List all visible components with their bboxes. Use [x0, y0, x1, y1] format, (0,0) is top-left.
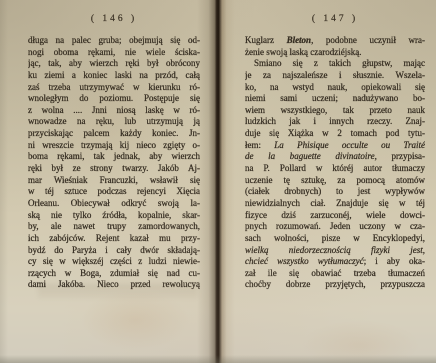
text-line: (ciałek drobnych) to jest wypływów — [245, 186, 425, 198]
text-line: długa na palec gruba; obejmują się od- — [28, 35, 200, 47]
text-segment: na P. Pollard w któréj autor tłumaczy — [245, 163, 425, 173]
text-line: ku ziemi a koniec laski na przód, całą — [28, 70, 200, 82]
text-line: cy się w większéj części z ludzi niewie- — [28, 256, 200, 268]
text-line: wiem wszystkiego, tak przeto nauk — [245, 105, 425, 117]
text-line: ni wreszcie trzymają kij nieco zgięty o- — [28, 140, 200, 152]
text-segment: niewidzialnych ciał. Znajduje się w téj — [245, 198, 425, 208]
text-segment: długa na palec gruba; obejmują się od- — [28, 35, 200, 45]
left-page-number: ( 146 ) — [28, 14, 200, 26]
text-line: de la baguette divinatoire, przypisa- — [245, 151, 425, 163]
text-segment: sach wolności, pisze w Encyklopedyi, — [245, 233, 425, 243]
text-segment: Kuglarz — [245, 35, 287, 45]
text-line: z wolna .... Jnni niosą laskę w ró- — [28, 105, 200, 117]
text-segment: boma rękami, tak jednak, aby wierzch — [28, 151, 200, 161]
text-segment: , podobne uczynił wra- — [311, 35, 425, 45]
text-segment: La Phisique occulte ou Traité — [274, 140, 425, 150]
text-line: fizyce dziś zarzuconéj, wiele dowci- — [245, 210, 425, 222]
paper-stain — [80, 290, 190, 350]
text-line: jąc, tak, aby wierzch ręki był obrócony — [28, 58, 200, 70]
book-gutter — [197, 0, 235, 363]
text-segment: ko, na wstyd nauk, opiekowali się — [245, 82, 425, 92]
text-line: żenie swoją laską czarodziéjską. — [245, 47, 425, 59]
text-line: ko, na wstyd nauk, opiekowali się — [245, 82, 425, 94]
text-segment: przyciskając palcem każdy koniec. Jn- — [28, 128, 200, 138]
text-line: przyciskając palcem każdy koniec. Jn- — [28, 128, 200, 140]
text-segment: duje się Xiążka w 2 tomach pod tytu- — [245, 128, 425, 138]
text-line: Kuglarz Bleton, podobne uczynił wra- — [245, 35, 425, 47]
text-line: nogi oboma rękami, nie wiele ściska- — [28, 47, 200, 59]
text-segment: zał ile się obawiać trzeba tłumaczeń — [245, 268, 425, 278]
text-segment: je za najszaleńsze i słusznie. Wszela- — [245, 70, 425, 80]
text-segment: pnych rozumowań. Jeden uczony w cza- — [245, 221, 425, 231]
text-line: ludzkich jak i innych rzeczy. Znaj- — [245, 116, 425, 128]
text-line: choćby dobrze przyjętych, przypuszcza — [245, 279, 425, 291]
text-segment: ską nie tylko źródła, kopalnie, skar- — [28, 210, 200, 220]
right-page-number: ( 147 ) — [245, 14, 425, 26]
text-line: niemi sami uczeni; nadużywano bo- — [245, 93, 425, 105]
text-line: zał ile się obawiać trzeba tłumaczeń — [245, 268, 425, 280]
text-segment: mar Wieśniak Francuzki, wsławił się — [28, 175, 200, 185]
text-line: duje się Xiążka w 2 tomach pod tytu- — [245, 128, 425, 140]
text-line: by, ale nawet trupy zamordowanych, — [28, 221, 200, 233]
text-segment: fizyce dziś zarzuconéj, wiele dowci- — [245, 210, 425, 220]
text-line: Orleanu. Obiecywał odkryć swoją la- — [28, 198, 200, 210]
text-segment: ludzkich jak i innych rzeczy. Znaj- — [245, 116, 425, 126]
text-line: niewidzialnych ciał. Znajduje się w téj — [245, 198, 425, 210]
text-segment: cy się w większéj części z ludzi niewie- — [28, 256, 200, 266]
book-spread: ( 146 ) długa na palec gruba; obejmują s… — [0, 0, 436, 363]
text-segment: niemi sami uczeni; nadużywano bo- — [245, 93, 425, 103]
text-line: mar Wieśniak Francuzki, wsławił się — [28, 175, 200, 187]
text-segment: ręki był ze strony twarzy. Jakób Aj- — [28, 163, 200, 173]
text-segment: ku ziemi a koniec laski na przód, całą — [28, 70, 200, 80]
text-segment: by, ale nawet trupy zamordowanych, — [28, 221, 200, 231]
text-segment: , przypisa- — [375, 151, 425, 161]
text-line: zaś trzeba utrzymywać w kierunku ró- — [28, 82, 200, 94]
text-segment: uczenie tę sztukę, za pomocą atomów — [245, 175, 425, 185]
text-segment: nogi oboma rękami, nie wiele ściska- — [28, 47, 200, 57]
text-line: bydź do Paryża i cały dwór składają- — [28, 245, 200, 257]
text-segment: ; i aby oka- — [364, 256, 425, 266]
left-page-text: długa na palec gruba; obejmują się od-no… — [28, 35, 200, 291]
text-segment: jąc, tak, aby wierzch ręki był obrócony — [28, 58, 200, 68]
page-bottom-edge — [0, 355, 436, 363]
text-line: dami Jakóba. Nieco przed rewolucyą — [28, 279, 200, 291]
text-line: sach wolności, pisze w Encyklopedyi, — [245, 233, 425, 245]
text-line: na P. Pollard w któréj autor tłumaczy — [245, 163, 425, 175]
paper-stain — [300, 320, 420, 363]
text-line: Smiano się z takich głupstw, mając — [245, 58, 425, 70]
text-segment: z wolna .... Jnni niosą laskę w ró- — [28, 105, 200, 115]
text-segment: (ciałek drobnych) to jest wypływów — [245, 186, 425, 196]
text-segment: chcieć wszystko wytłumaczyć — [245, 256, 364, 266]
text-segment: wielką niedorzecznością fizyki jest, — [245, 245, 425, 255]
text-line: wnoległym do poziomu. Postępuje się — [28, 93, 200, 105]
text-line: ręki był ze strony twarzy. Jakób Aj- — [28, 163, 200, 175]
text-line: ich zabójców. Rejent kazał mu przy- — [28, 233, 200, 245]
text-segment: bydź do Paryża i cały dwór składają- — [28, 245, 200, 255]
text-segment: choćby dobrze przyjętych, przypuszcza — [245, 279, 425, 289]
text-line: wnowadze na ręku, lub utrzymują ją — [28, 116, 200, 128]
text-segment: w téj sztuce podczas rejencyi Xięcia — [28, 186, 200, 196]
text-line: wielką niedorzecznością fizyki jest, — [245, 245, 425, 257]
text-segment: zaś trzeba utrzymywać w kierunku ró- — [28, 82, 200, 92]
text-segment: wiem wszystkiego, tak przeto nauk — [245, 105, 425, 115]
text-segment: łem: — [245, 140, 274, 150]
text-segment: wnowadze na ręku, lub utrzymują ją — [28, 116, 200, 126]
text-segment: wnoległym do poziomu. Postępuje się — [28, 93, 200, 103]
text-line: boma rękami, tak jednak, aby wierzch — [28, 151, 200, 163]
text-segment: Smiano się z takich głupstw, mając — [254, 58, 425, 68]
text-line: w téj sztuce podczas rejencyi Xięcia — [28, 186, 200, 198]
right-page-text: Kuglarz Bleton, podobne uczynił wra-żeni… — [245, 35, 425, 291]
text-line: rzących w Boga, zdumiał się nad cu- — [28, 268, 200, 280]
text-line: uczenie tę sztukę, za pomocą atomów — [245, 175, 425, 187]
text-segment: Orleanu. Obiecywał odkryć swoją la- — [28, 198, 200, 208]
text-segment: Bleton — [287, 35, 312, 45]
text-segment: dami Jakóba. Nieco przed rewolucyą — [28, 279, 200, 289]
text-line: łem: La Phisique occulte ou Traité — [245, 140, 425, 152]
text-segment: rzących w Boga, zdumiał się nad cu- — [28, 268, 200, 278]
text-line: ską nie tylko źródła, kopalnie, skar- — [28, 210, 200, 222]
text-segment: ich zabójców. Rejent kazał mu przy- — [28, 233, 200, 243]
text-segment: ni wreszcie trzymają kij nieco zgięty o- — [28, 140, 200, 150]
page-left-edge — [0, 0, 8, 363]
text-segment: de la baguette divinatoire — [245, 151, 375, 161]
text-segment: żenie swoją laską czarodziéjską. — [245, 47, 361, 57]
text-line: chcieć wszystko wytłumaczyć; i aby oka- — [245, 256, 425, 268]
text-line: pnych rozumowań. Jeden uczony w cza- — [245, 221, 425, 233]
text-line: je za najszaleńsze i słusznie. Wszela- — [245, 70, 425, 82]
